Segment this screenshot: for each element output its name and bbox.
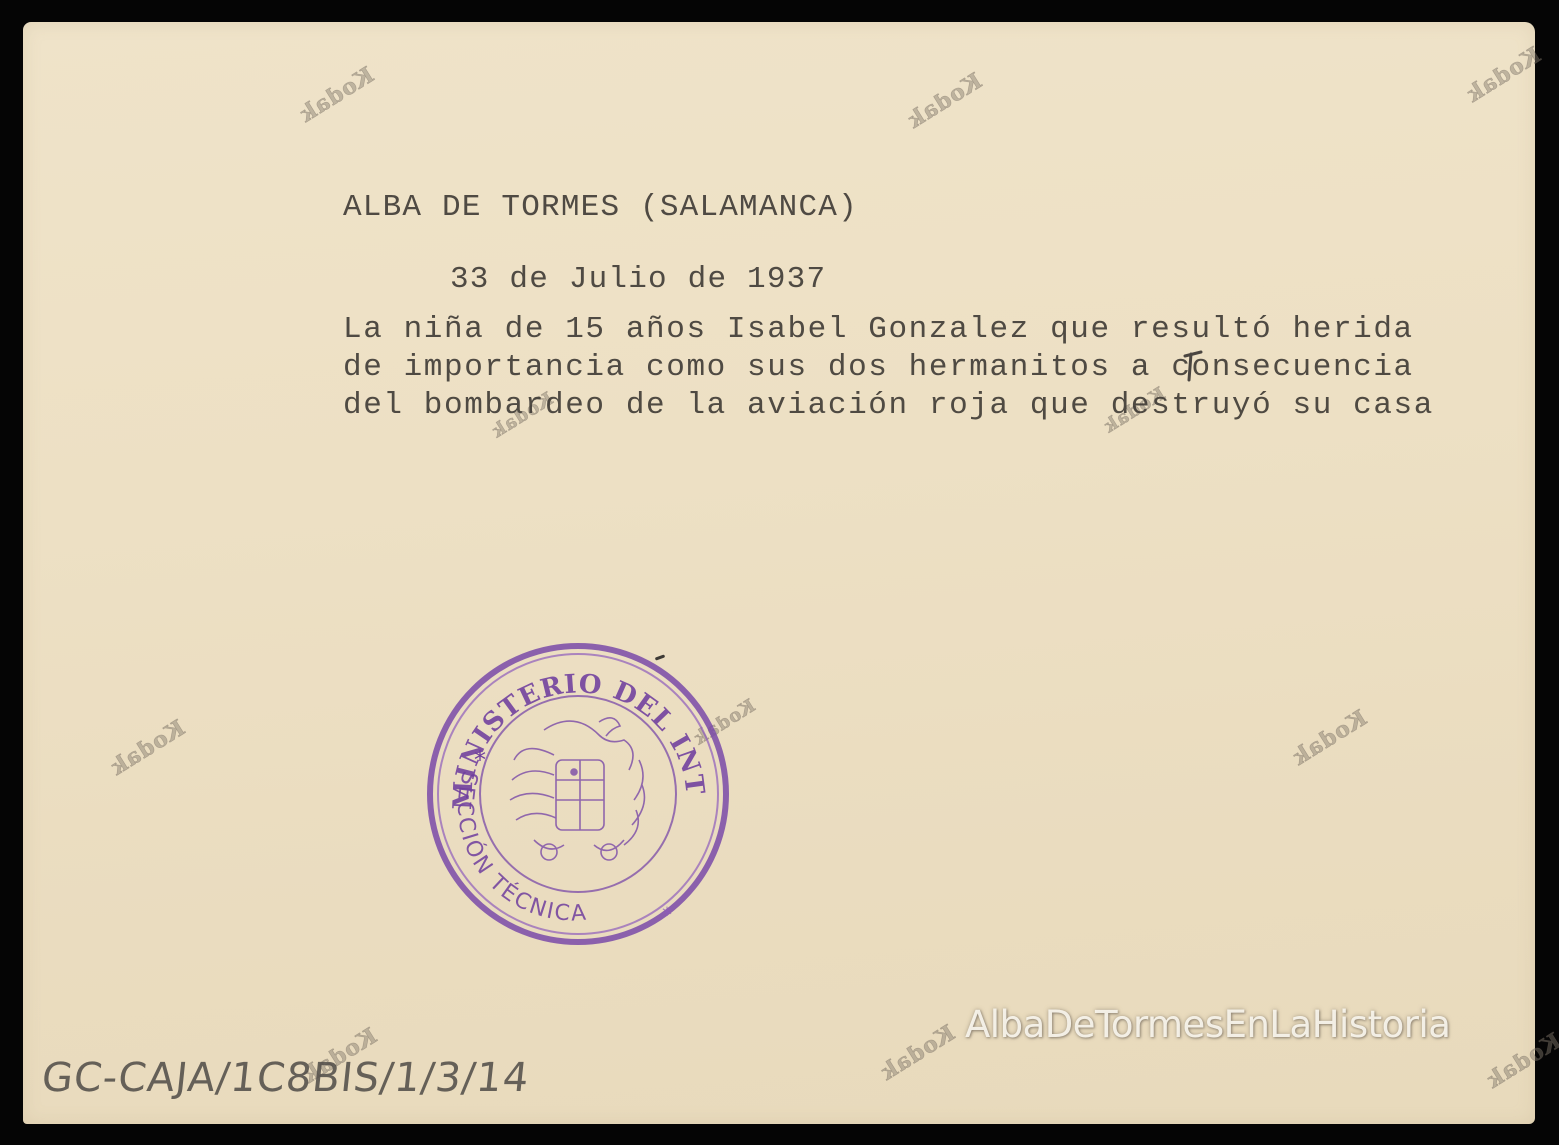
caption-line-2: de importancia como sus dos hermanitos a…: [343, 350, 1414, 385]
stamp-bottom-text: SECCIÓN TÉCNICA: [452, 768, 589, 926]
stamp-star-right: *: [662, 903, 672, 927]
date-line: 33 de Julio de 1937: [450, 262, 826, 297]
eagle-emblem-icon: [510, 718, 644, 860]
stamp-star-left: *: [474, 746, 486, 774]
caption-line-1: La niña de 15 años Isabel Gonzalez que r…: [343, 312, 1414, 347]
archive-reference: GC-CAJA/1C8BIS/1/3/14: [40, 1055, 532, 1101]
pencil-check-mark-icon: [1183, 350, 1213, 384]
svg-text:SECCIÓN TÉCNICA: SECCIÓN TÉCNICA: [452, 768, 589, 926]
photo-back-card: [23, 22, 1535, 1124]
ministerio-interior-stamp: MINISTERIO DEL INTERIOR SECCIÓN TÉCNICA …: [424, 640, 732, 948]
location-heading: ALBA DE TORMES (SALAMANCA): [343, 190, 858, 225]
site-watermark: AlbaDeTormesEnLaHistoria: [965, 1003, 1450, 1046]
caption-line-3: del bombardeo de la aviación roja que de…: [343, 388, 1434, 423]
